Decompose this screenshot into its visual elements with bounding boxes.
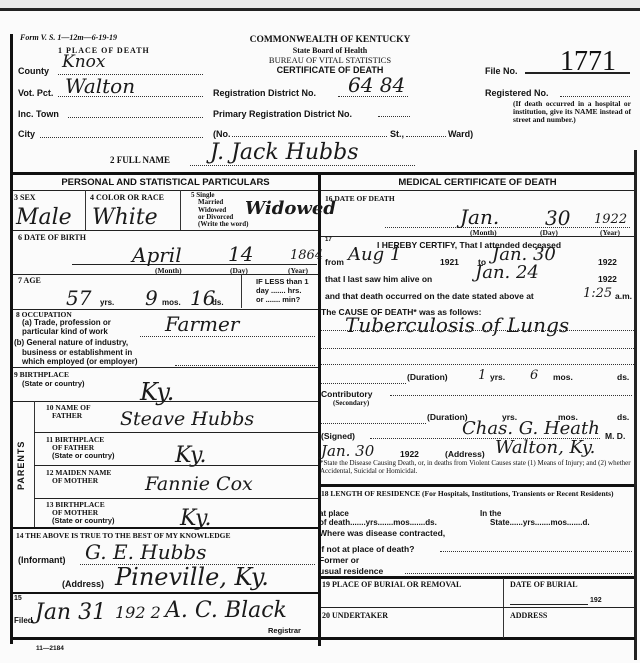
employer-field (175, 357, 315, 366)
county-value: Knox (62, 52, 105, 72)
divider (241, 274, 242, 308)
duration2-lead (321, 421, 426, 424)
divider (503, 578, 504, 638)
marital-label-instruction: (Write the word) (191, 221, 248, 228)
duration-lead (321, 381, 406, 384)
usual-residence-field (405, 567, 632, 574)
footer-code: 11—2184 (36, 645, 64, 652)
dod-year: 1922 (594, 212, 627, 227)
father-birthplace-labels: 11 BIRTHPLACE OF FATHER (State or countr… (46, 436, 115, 460)
department-name: State Board of Health (230, 46, 430, 55)
occurred-time: 1:25 (583, 286, 612, 301)
ward-field (406, 126, 446, 137)
filed-label: Filed (14, 616, 33, 625)
not-at-place-label: If not at place of death? (319, 544, 414, 554)
divider (34, 432, 318, 433)
divider (13, 527, 318, 529)
of-death-label: of death.......yrs.......mos.......ds. (319, 518, 437, 527)
informant-header: 14 THE ABOVE IS TRUE TO THE BEST OF MY K… (16, 531, 231, 540)
marital-labels: 5 Single Married Widowed or Divorced (Wr… (191, 192, 248, 228)
inc-town-field (68, 106, 203, 118)
mother-birthplace-label3: (State or country) (46, 517, 115, 525)
age-label: 7 AGE (18, 276, 41, 285)
sex-value: Male (16, 205, 72, 230)
divider (85, 190, 86, 230)
no-label: (No. (213, 129, 231, 139)
duration-mos: 6 (530, 368, 538, 383)
from-label: from (325, 257, 344, 267)
last-saw-date: Jan. 24 (475, 262, 539, 283)
less-than-day-box: IF LESS than 1 day ....... hrs. or .....… (256, 277, 309, 304)
vot-pct-value: Walton (65, 74, 135, 98)
city-label: City (18, 129, 35, 139)
inc-town-label: Inc. Town (18, 109, 59, 119)
bureau-name: BUREAU OF VITAL STATISTICS (230, 55, 430, 65)
dob-field (72, 264, 317, 265)
race-label: 4 COLOR OR RACE (90, 193, 164, 202)
divider (321, 607, 634, 608)
less-than-day-line3: or ....... min? (256, 295, 309, 304)
ward-label: Ward) (448, 129, 473, 139)
divider (13, 274, 318, 275)
scan-top-edge (0, 0, 640, 11)
occurred-suffix: a.m. (615, 291, 632, 301)
file-no-value: 1771 (560, 46, 616, 78)
county-label: County (18, 66, 49, 76)
signed-value: Chas. G. Heath (462, 418, 600, 439)
less-than-day-line1: IF LESS than 1 (256, 277, 309, 286)
city-field (40, 126, 203, 138)
signed-year: 1922 (400, 449, 419, 459)
divider (321, 190, 634, 191)
state-label: State......yrs.......mos.......d. (490, 518, 590, 527)
contracted-label: Where was disease contracted, (319, 528, 445, 538)
age-months: 9 (145, 286, 158, 310)
md-label: M. D. (605, 431, 625, 441)
burial-date-field (510, 604, 588, 605)
occupation-b-line1: (b) General nature of industry, (14, 338, 138, 348)
hospital-note: (If death occurred in a hospital or inst… (513, 100, 631, 124)
signed-date: Jan. 30 (321, 442, 374, 460)
sex-label: 3 SEX (14, 193, 36, 202)
form-bottom-rule (13, 637, 635, 640)
contributory-field (390, 390, 632, 396)
not-at-place-field (440, 545, 632, 552)
marital-value: Widowed (245, 198, 336, 219)
filed-date: Jan 31 (35, 600, 106, 625)
reg-district-label: Registration District No. (213, 88, 316, 98)
divider (13, 190, 318, 191)
dob-year: 1864 (290, 248, 323, 263)
father-birthplace-label3: (State or country) (46, 452, 115, 460)
occupation-b-line2: business or establishment in (14, 348, 138, 358)
dob-day: 14 (228, 242, 253, 266)
burial-date-label: DATE OF BURIAL (510, 580, 578, 589)
vot-pct-label: Vot. Pct. (18, 88, 53, 98)
cause-footnote: *State the Disease Causing Death, or, in… (320, 460, 632, 475)
registered-no-field (560, 86, 630, 97)
filed-year: 192 2 (115, 603, 161, 622)
full-name-label: 2 FULL NAME (110, 155, 170, 165)
cause-line-2 (321, 346, 634, 349)
occupation-b-line3: which employed (or employer) (14, 357, 138, 367)
address-value: Walton, Ky. (495, 437, 595, 458)
reg-district-value: 64 84 (348, 73, 405, 97)
dod-day: 30 (545, 206, 570, 230)
duration-yrs-label: yrs. (490, 372, 505, 382)
to-year: 1922 (598, 257, 617, 267)
divider (13, 230, 318, 231)
contributory-label: Contributory (321, 389, 372, 399)
birthplace-label: 9 BIRTHPLACE (14, 370, 69, 379)
yrs-label: yrs. (100, 298, 114, 307)
dod-month: Jan. (460, 205, 499, 229)
form-right-border (634, 150, 637, 660)
file-no-label: File No. (485, 66, 518, 76)
from-date: Aug 1 (348, 244, 401, 265)
less-than-day-line2: day ....... hrs. (256, 286, 309, 295)
race-value: White (92, 205, 158, 230)
undertaker-label: 20 UNDERTAKER (322, 611, 388, 620)
last-saw-label: that I last saw him alive on (325, 274, 432, 284)
occupation-a-labels: (a) Trade, profession or particular kind… (22, 318, 111, 336)
registered-no-label: Registered No. (485, 88, 549, 98)
mother-name-labels: 12 MAIDEN NAME OF MOTHER (46, 469, 111, 485)
residence-label: 18 LENGTH OF RESIDENCE (For Hospitals, I… (321, 489, 631, 498)
in-the-label: In the (480, 509, 501, 518)
duration-yrs: 1 (478, 368, 486, 383)
at-place-label: at place (319, 509, 349, 518)
occupation-b-labels: (b) General nature of industry, business… (14, 338, 138, 367)
ds-label: ds. (212, 298, 224, 307)
occurred-text: and that death occurred on the date stat… (325, 291, 534, 301)
st-label: St., (390, 129, 404, 139)
dob-label: 6 DATE OF BIRTH (18, 233, 86, 242)
form-left-border (10, 34, 13, 644)
divider (321, 576, 634, 579)
primary-reg-label: Primary Registration District No. (213, 109, 352, 119)
divider (321, 484, 634, 487)
burial-year: 192 (590, 597, 602, 604)
street-number-field (232, 126, 387, 137)
mother-name-label2: OF MOTHER (46, 477, 111, 485)
informant-address-value: Pineville, Ky. (115, 563, 269, 591)
duration2-ds-label: ds. (617, 412, 629, 422)
burial-label: 19 PLACE OF BURIAL OR REMOVAL (322, 580, 461, 589)
informant-address-label: (Address) (62, 579, 104, 589)
primary-reg-field (378, 106, 410, 117)
birthplace-sub: (State or country) (22, 379, 85, 388)
cause-line-3 (321, 362, 634, 365)
section-divider (13, 172, 635, 175)
divider (180, 190, 181, 230)
usual-residence-label: usual residence (319, 566, 383, 576)
filed-number: 15 (14, 595, 22, 602)
divider (13, 401, 318, 402)
divider (321, 236, 634, 237)
mother-birthplace-labels: 13 BIRTHPLACE OF MOTHER (State or countr… (46, 501, 115, 525)
parents-label: PARENTS (16, 441, 26, 490)
last-saw-year: 1922 (598, 274, 617, 284)
mos-label: mos. (162, 298, 181, 307)
occupation-a-line2: particular kind of work (22, 327, 111, 336)
commonwealth-title: COMMONWEALTH OF KENTUCKY (230, 35, 430, 45)
mother-name-value: Fannie Cox (145, 473, 253, 495)
divider (13, 592, 318, 594)
divider (34, 465, 318, 466)
from-year: 1921 (440, 257, 459, 267)
dod-label: 16 DATE OF DEATH (325, 194, 395, 203)
divider (34, 401, 35, 527)
divider (13, 367, 318, 368)
form-number: Form V. S. 1—12m—6-19-19 (20, 33, 117, 42)
divider (34, 498, 318, 499)
duration-mos-label: mos. (553, 372, 573, 382)
address-label: (Address) (445, 449, 485, 459)
secondary-label: (Secondary) (333, 399, 369, 407)
registrar-label: Registrar (268, 626, 301, 635)
full-name-value: J. Jack Hubbs (210, 140, 359, 165)
dob-month: April (132, 243, 182, 267)
signed-label: (Signed) (321, 431, 355, 441)
former-label: Former or (319, 555, 359, 565)
medical-section-title: MEDICAL CERTIFICATE OF DEATH (321, 177, 634, 188)
father-name-label2: FATHER (46, 412, 91, 420)
cause-line-1 (321, 328, 634, 331)
registrar-value: A. C. Black (165, 598, 287, 623)
occupation-value: Farmer (165, 312, 239, 336)
cause-value: Tuberculosis of Lungs (345, 313, 569, 337)
informant-label: (Informant) (18, 555, 66, 565)
duration-ds-label: ds. (617, 372, 629, 382)
personal-section-title: PERSONAL AND STATISTICAL PARTICULARS (13, 177, 318, 188)
occupation-a-line1: (a) Trade, profession or (22, 318, 111, 327)
father-name-value: Steave Hubbs (120, 408, 254, 430)
certify-num: 17 (325, 237, 332, 243)
age-years: 57 (66, 286, 91, 310)
duration-label: (Duration) (407, 372, 448, 382)
informant-value: G. E. Hubbs (85, 540, 206, 564)
undertaker-address-label: ADDRESS (510, 611, 547, 620)
father-name-labels: 10 NAME OF FATHER (46, 404, 91, 420)
